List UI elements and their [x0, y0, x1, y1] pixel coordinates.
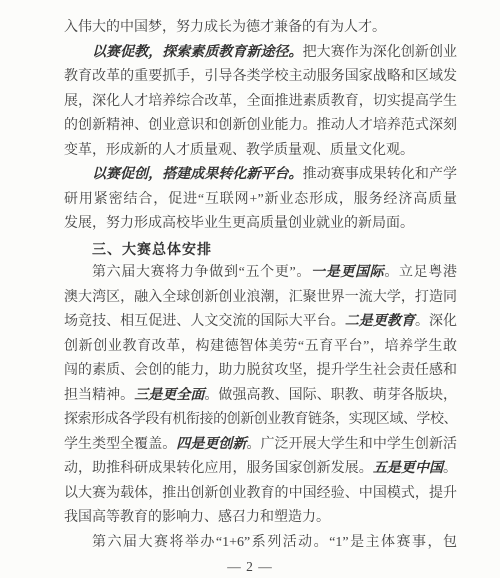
text-run: 动，助推科研成果转化应用，服务国家创新发展。 — [64, 461, 373, 476]
text-line: 教育改革的重要抓手，引导各类学校主动服务国家战略和区域发 — [64, 65, 457, 90]
text-run: 担当精神。 — [64, 388, 134, 403]
text-line: 探索形成各学段有机衔接的创新创业教育链条，实现区域、学校、 — [64, 408, 457, 433]
text-line: 以赛促创，搭建成果转化新平台。推动赛事成果转化和产学 — [64, 163, 457, 188]
paragraph: 以赛促创，搭建成果转化新平台。推动赛事成果转化和产学研用紧密结合，促进“互联网+… — [64, 163, 457, 237]
text-run: 变革，形成新的人才质量观、教学质量观、质量文化观。 — [64, 143, 414, 158]
paragraph: 第六届大赛将举办“1+6”系列活动。“1”是主体赛事，包 — [64, 531, 457, 556]
text-line: 动，助推科研成果转化应用，服务国家创新发展。五是更中国。 — [64, 457, 457, 482]
text-run: 。广泛开展大学生和中学生创新活 — [246, 437, 457, 452]
text-run: 场竞技、相互促进、人文交流的国际大平台。 — [64, 314, 345, 329]
text-line: 闯的素质、会创的能力，助力脱贫攻坚，提升学生社会责任感和 — [64, 359, 457, 384]
text-line: 的创新精神、创业意识和创新创业能力。推动人才培养范式深刻 — [64, 114, 457, 139]
text-run: 闯的素质、会创的能力，助力脱贫攻坚，提升学生社会责任感和 — [64, 363, 457, 378]
text-line: 学生类型全覆盖。四是更创新。广泛开展大学生和中学生创新活 — [64, 433, 457, 458]
heading-text: 三、大赛总体安排 — [92, 241, 212, 257]
text-line: 研用紧密结合，促进“互联网+”新业态形成，服务经济高质量 — [64, 188, 457, 213]
emphasis-run: 三是更全面 — [134, 388, 204, 403]
text-run: 澳大湾区，融入全球创新创业浪潮，汇聚世界一流大学，打造同 — [64, 290, 457, 305]
text-run: 展，深化人才培养综合改革，全面推进素质教育，切实提高学生 — [64, 94, 457, 109]
text-line: 展，深化人才培养综合改革，全面推进素质教育，切实提高学生 — [64, 90, 457, 115]
text-run: 创新创业教育改革，构建德智体美劳“五育平台”，培养学生敢 — [64, 339, 457, 354]
text-line: 变革，形成新的人才质量观、教学质量观、质量文化观。 — [64, 139, 457, 164]
section-heading: 三、大赛总体安排 — [64, 237, 457, 262]
text-area: 入伟大的中国梦，努力成长为德才兼备的有为人才。以赛促教，探索素质教育新途径。把大… — [64, 16, 457, 555]
text-line: 创新创业教育改革，构建德智体美劳“五育平台”，培养学生敢 — [64, 335, 457, 360]
text-run: 的创新精神、创业意识和创新创业能力。推动人才培养范式深刻 — [64, 118, 457, 133]
emphasis-run: 一是更国际 — [311, 265, 384, 280]
text-run: 探索形成各学段有机衔接的创新创业教育链条，实现区域、学校、 — [64, 412, 457, 427]
text-run: 我国高等教育的影响力、感召力和塑造力。 — [64, 510, 330, 525]
page-number: — 2 — — [0, 557, 500, 577]
text-line: 担当精神。三是更全面。做强高教、国际、职教、萌芽各版块， — [64, 384, 457, 409]
text-run: 。立足粤港 — [384, 265, 457, 280]
emphasis-run: 五是更中国 — [373, 461, 443, 476]
text-line: 第六届大赛将力争做到“五个更”。一是更国际。立足粤港 — [64, 261, 457, 286]
emphasis-run: 四是更创新 — [176, 437, 246, 452]
text-line: 以大赛为载体，推出创新创业教育的中国经验、中国模式，提升 — [64, 482, 457, 507]
heading-line: 三、大赛总体安排 — [64, 237, 457, 262]
text-run: 。 — [443, 461, 457, 476]
text-run: 教育改革的重要抓手，引导各类学校主动服务国家战略和区域发 — [64, 69, 457, 84]
text-run: 推动赛事成果转化和产学 — [303, 167, 457, 182]
paragraph: 以赛促教，探索素质教育新途径。把大赛作为深化创新创业教育改革的重要抓手，引导各类… — [64, 41, 457, 164]
document-page: 入伟大的中国梦，努力成长为德才兼备的有为人才。以赛促教，探索素质教育新途径。把大… — [0, 0, 500, 578]
text-line: 发展，努力形成高校毕业生更高质量创业就业的新局面。 — [64, 212, 457, 237]
text-line: 场竞技、相互促进、人文交流的国际大平台。二是更教育。深化 — [64, 310, 457, 335]
emphasis-run: 二是更教育 — [345, 314, 415, 329]
text-run: 入伟大的中国梦，努力成长为德才兼备的有为人才。 — [64, 20, 386, 35]
paragraph: 入伟大的中国梦，努力成长为德才兼备的有为人才。 — [64, 16, 457, 41]
text-run: 以大赛为载体，推出创新创业教育的中国经验、中国模式，提升 — [64, 486, 457, 501]
emphasis-run: 以赛促教，探索素质教育新途径。 — [92, 45, 303, 60]
text-line: 澳大湾区，融入全球创新创业浪潮，汇聚世界一流大学，打造同 — [64, 286, 457, 311]
text-line: 第六届大赛将举办“1+6”系列活动。“1”是主体赛事，包 — [64, 531, 457, 556]
text-run: 发展，努力形成高校毕业生更高质量创业就业的新局面。 — [64, 216, 414, 231]
paragraph: 第六届大赛将力争做到“五个更”。一是更国际。立足粤港澳大湾区，融入全球创新创业浪… — [64, 261, 457, 531]
text-run: 第六届大赛将力争做到“五个更”。 — [92, 265, 311, 280]
text-run: 学生类型全覆盖。 — [64, 437, 176, 452]
text-run: 第六届大赛将举办“1+6”系列活动。“1”是主体赛事，包 — [92, 535, 457, 550]
text-line: 入伟大的中国梦，努力成长为德才兼备的有为人才。 — [64, 16, 457, 41]
text-run: 。做强高教、国际、职教、萌芽各版块， — [204, 388, 457, 403]
emphasis-run: 以赛促创，搭建成果转化新平台。 — [92, 167, 303, 182]
text-line: 以赛促教，探索素质教育新途径。把大赛作为深化创新创业 — [64, 41, 457, 66]
text-run: 。深化 — [415, 314, 457, 329]
text-run: 把大赛作为深化创新创业 — [303, 45, 457, 60]
text-line: 我国高等教育的影响力、感召力和塑造力。 — [64, 506, 457, 531]
text-run: 研用紧密结合，促进“互联网+”新业态形成，服务经济高质量 — [64, 192, 457, 207]
